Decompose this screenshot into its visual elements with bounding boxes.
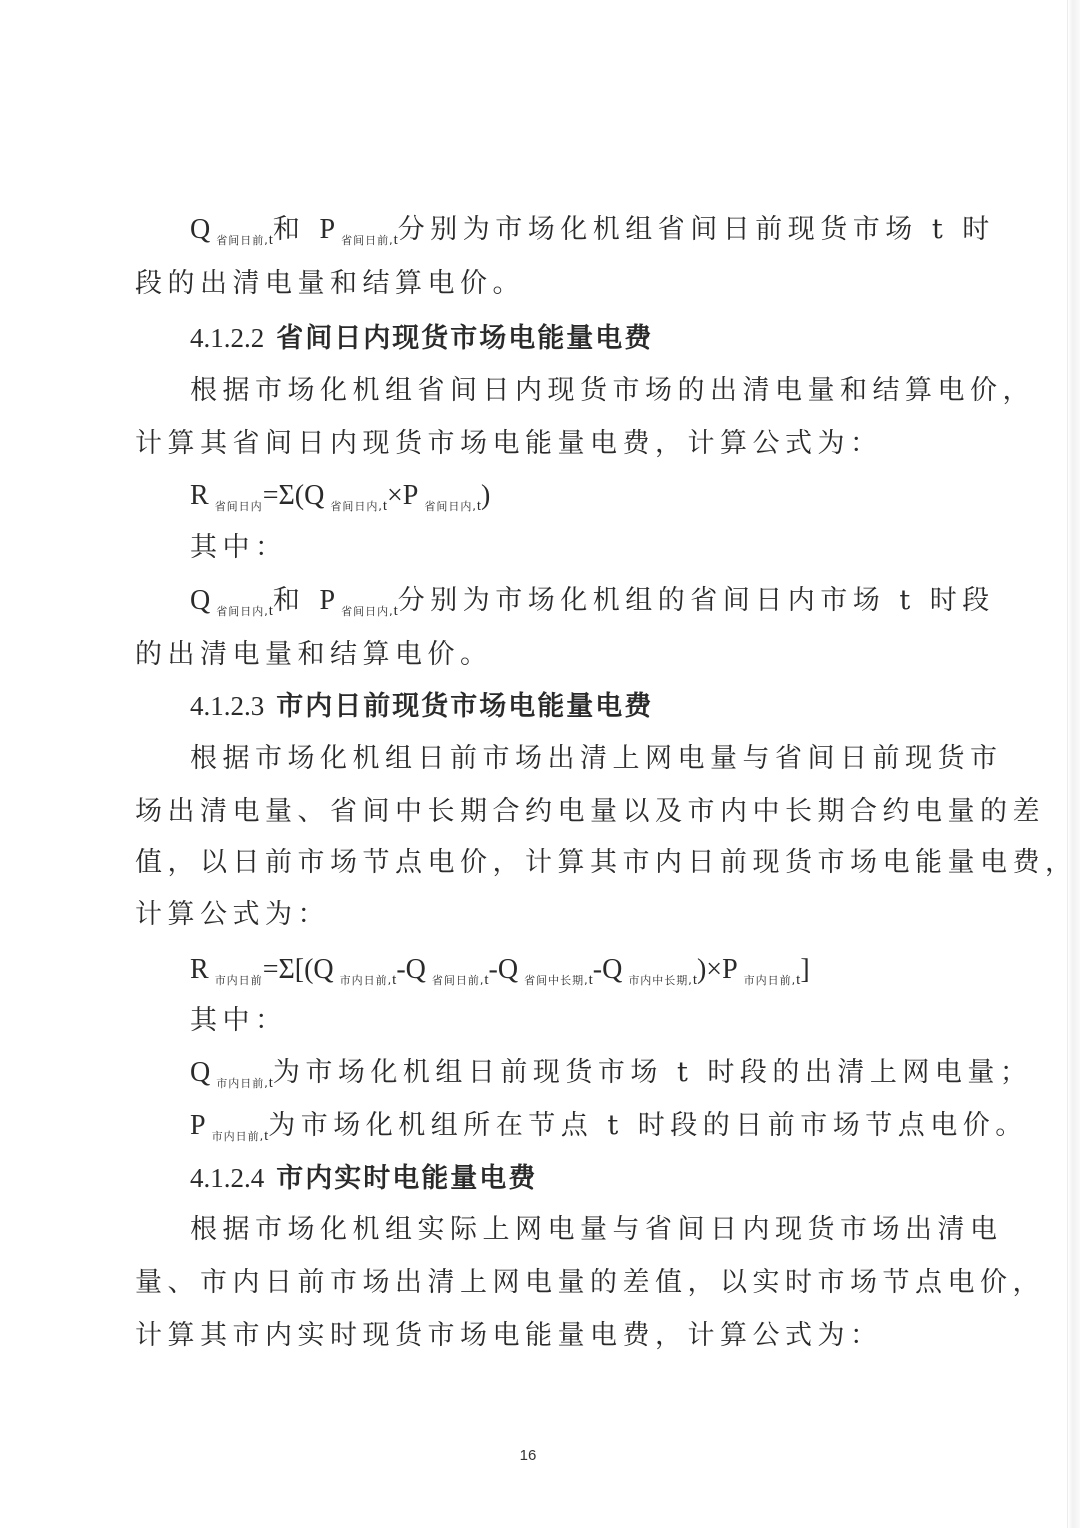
paragraph-line: 场出清电量、省间中长期合约电量以及市内中长期合约电量的差 — [135, 794, 1045, 830]
definition-line-interprovincial-intraday: Q省间日内,t和 P省间日内,t分别为市场化机组的省间日内市场 t 时段 — [190, 583, 995, 630]
paragraph-line: 计算其市内实时现货市场电能量电费，计算公式为： — [135, 1318, 883, 1354]
paragraph-line: 值，以日前市场节点电价，计算其市内日前现货市场电能量电费， — [135, 845, 1078, 881]
subscript: 省间日前,t — [216, 234, 273, 247]
paragraph-line: 根据市场化机组日前市场出清上网电量与省间日前现货市 — [190, 741, 1003, 777]
section-heading-4-1-2-4: 4.1.2.4市内实时电能量电费 — [190, 1160, 537, 1197]
formula-municipal-day-ahead: R市内日前=Σ[(Q市内日前,t-Q省间日前,t-Q省间中长期,t-Q市内中长期… — [190, 952, 810, 999]
subscript: 省间日前,t — [341, 234, 398, 247]
section-heading-4-1-2-2: 4.1.2.2省间日内现货市场电能量电费 — [190, 320, 653, 357]
definition-line-interprovincial-day-ahead: Q省间日前,t和 P省间日前,t分别为市场化机组省间日前现货市场 t 时 — [190, 212, 995, 259]
page-number: 16 — [0, 1447, 1056, 1464]
paragraph-line: 的出清电量和结算电价。 — [135, 637, 493, 673]
paragraph-line: 计算公式为： — [135, 897, 330, 933]
section-number: 4.1.2.2 — [190, 323, 264, 353]
definition-line-p-municipal-day-ahead: P市内日前,t为市场化机组所在节点 t 时段的日前市场节点电价。 — [190, 1108, 1028, 1155]
definition-line-q-municipal-day-ahead: Q市内日前,t为市场化机组日前现货市场 t 时段的出清上网电量； — [190, 1055, 1032, 1102]
scanned-page-edge — [1067, 0, 1080, 1528]
paragraph-line: 计算其省间日内现货市场电能量电费，计算公式为： — [135, 426, 883, 462]
section-title: 省间日内现货市场电能量电费 — [276, 323, 653, 354]
paragraph-line: 根据市场化机组实际上网电量与省间日内现货市场出清电 — [190, 1212, 1003, 1248]
paragraph-line: 其中： — [190, 1003, 288, 1039]
paragraph-line: 根据市场化机组省间日内现货市场的出清电量和结算电价， — [190, 373, 1035, 409]
paragraph-line: 段的出清电量和结算电价。 — [135, 266, 525, 302]
paragraph-line: 量、市内日前市场出清上网电量的差值，以实时市场节点电价， — [135, 1265, 1045, 1301]
variable-q: Q — [190, 214, 210, 245]
paragraph-line: 其中： — [190, 530, 288, 566]
section-heading-4-1-2-3: 4.1.2.3市内日前现货市场电能量电费 — [190, 688, 653, 725]
variable-p: P — [320, 214, 336, 245]
formula-interprovincial-intraday: R省间日内=Σ(Q省间日内,t×P省间日内,t) — [190, 478, 490, 525]
